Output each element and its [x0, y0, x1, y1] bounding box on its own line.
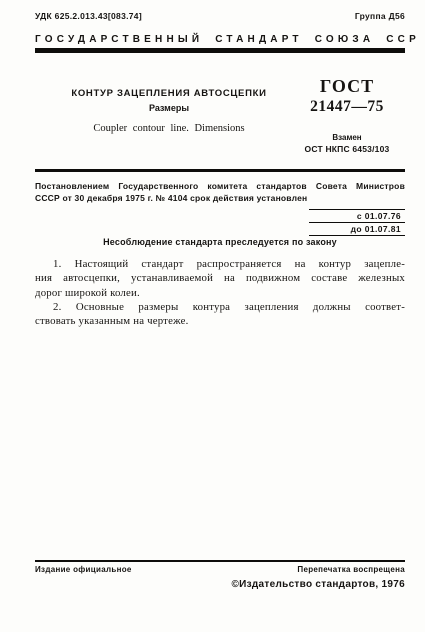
clause-1-line-1: 1. Настоящий стандарт распространяется н…: [35, 257, 405, 271]
official-edition-label: Издание официальное: [35, 565, 132, 574]
reprint-prohibited-label: Перепечатка воспрещена: [297, 565, 405, 574]
valid-to-date: до 01.07.81: [309, 223, 405, 236]
clause-2-line-1: 2. Основные размеры контура зацепления д…: [35, 300, 405, 314]
decree-paragraph: Постановлением Государственного комитета…: [35, 180, 405, 204]
replaces-block: Взамен ОСТ НКПС 6453/103: [283, 133, 411, 154]
footer-divider-rule: [35, 560, 405, 562]
standard-title-en: Coupler contour line. Dimensions: [48, 123, 290, 134]
udk-code: УДК 625.2.013.43[083.74]: [35, 11, 142, 21]
valid-from-date: с 01.07.76: [309, 210, 405, 223]
classification-row: УДК 625.2.013.43[083.74] Группа Д56: [35, 11, 405, 21]
standard-title-ru: КОНТУР ЗАЦЕПЛЕНИЯ АВТОСЦЕПКИ: [48, 88, 290, 99]
clause-1-line-2: ния автосцепки, устанавливаемой на подви…: [35, 271, 405, 285]
header-divider-bar: [35, 48, 405, 53]
section-divider-rule: [35, 169, 405, 172]
replaces-label: Взамен: [283, 133, 411, 142]
standard-body-text: 1. Настоящий стандарт распространяется н…: [35, 257, 405, 328]
state-standard-banner: ГОСУДАРСТВЕННЫЙ СТАНДАРТ СОЮЗА ССР: [35, 34, 405, 45]
group-code: Группа Д56: [355, 11, 405, 21]
clause-1-line-3: дорог широкой колеи.: [35, 286, 405, 300]
standard-subtitle-ru: Размеры: [48, 103, 290, 113]
decree-line-2: СССР от 30 декабря 1975 г. № 4104 срок д…: [35, 192, 405, 204]
title-block: КОНТУР ЗАЦЕПЛЕНИЯ АВТОСЦЕПКИ Размеры Cou…: [48, 88, 290, 134]
decree-line-1: Постановлением Государственного комитета…: [35, 180, 405, 192]
law-notice: Несоблюдение стандарта преследуется по з…: [35, 237, 405, 247]
footer-row: Издание официальное Перепечатка воспреще…: [35, 565, 405, 574]
gost-label: ГОСТ: [283, 76, 411, 97]
designation-block: ГОСТ 21447—75 Взамен ОСТ НКПС 6453/103: [283, 76, 411, 154]
publisher-copyright: ©Издательство стандартов, 1976: [231, 579, 405, 590]
clause-2-line-2: ствовать указанным на чертеже.: [35, 314, 405, 328]
validity-dates-table: с 01.07.76 до 01.07.81: [309, 209, 405, 236]
replaces-value: ОСТ НКПС 6453/103: [283, 144, 411, 154]
gost-standard-page: УДК 625.2.013.43[083.74] Группа Д56 ГОСУ…: [0, 0, 425, 632]
gost-number: 21447—75: [283, 98, 411, 116]
